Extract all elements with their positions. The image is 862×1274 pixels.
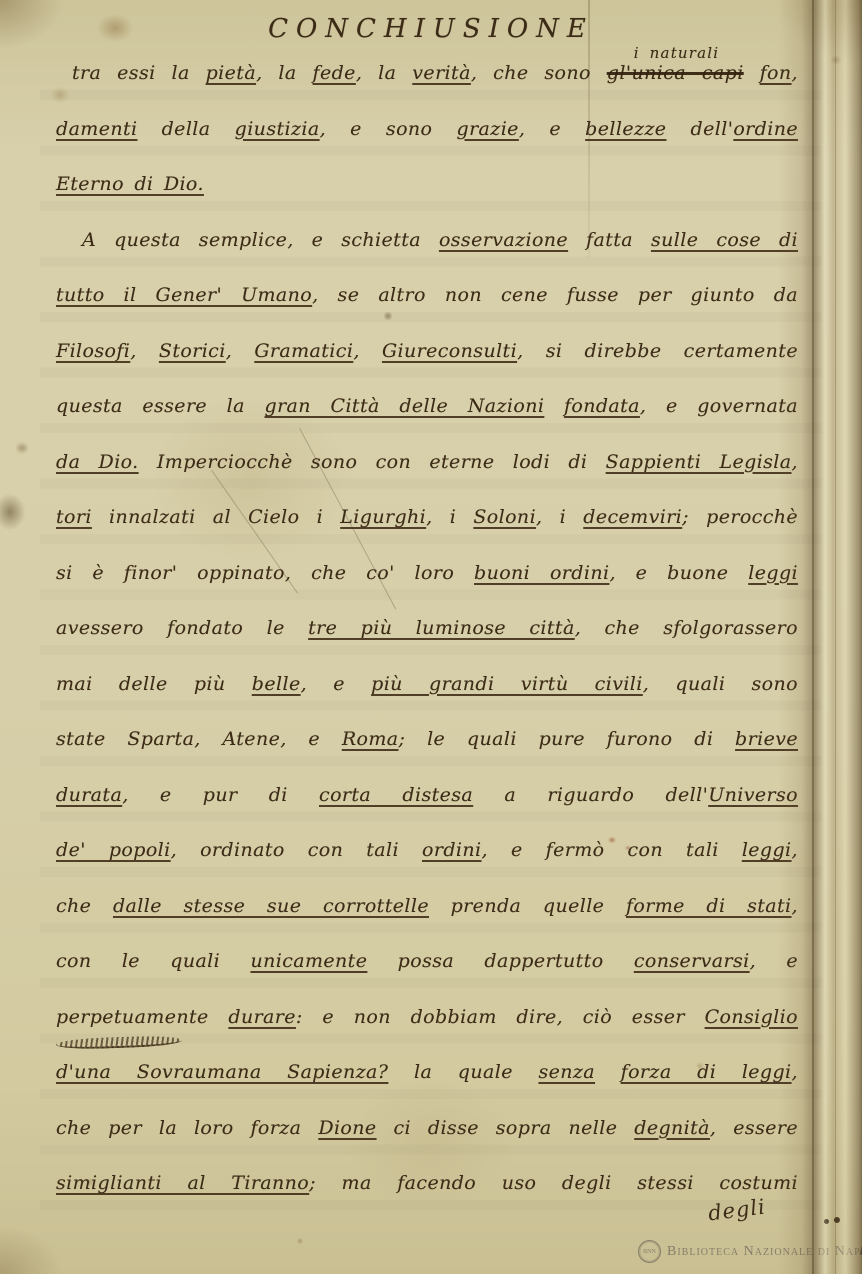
text-segment: dell' <box>666 118 733 140</box>
text-segment: questa essere la <box>56 395 265 417</box>
underlined-text: damenti <box>56 118 138 140</box>
text-segment: , e <box>301 673 372 695</box>
manuscript-line: si è finor' oppinato, che co' loro buoni… <box>56 562 798 618</box>
interlinear-insertion: i naturali <box>618 44 720 62</box>
manuscript-line: questa essere la gran Città delle Nazion… <box>56 395 798 451</box>
text-segment: , <box>792 895 798 917</box>
underlined-text: Ligurghi <box>340 506 426 528</box>
text-segment <box>744 62 760 84</box>
text-segment: , e pur di <box>122 784 319 806</box>
underlined-text: senza <box>538 1061 595 1083</box>
text-segment: avessero fondato le <box>56 617 308 639</box>
underlined-text: Roma <box>342 728 399 750</box>
underlined-text: Filosofi <box>56 340 130 362</box>
text-segment: , i <box>426 506 473 528</box>
text-segment: , e buone <box>609 562 748 584</box>
manuscript-line: damenti della giustizia, e sono grazie, … <box>56 118 798 174</box>
manuscript-line: perpetuamente durare: e non dobbiam dire… <box>56 1006 798 1062</box>
text-segment: Imperciocchè sono con eterne lodi di <box>139 451 606 473</box>
text-segment: che <box>56 895 113 917</box>
text-segment: : e non dobbiam dire, ciò esser <box>296 1006 705 1028</box>
manuscript-line: tra essi la pietà, la fede, la verità, c… <box>56 62 798 118</box>
manuscript-line: A questa semplice, e schietta osservazio… <box>56 229 798 285</box>
underlined-text: leggi <box>748 562 798 584</box>
underlined-text: verità <box>412 62 471 84</box>
underlined-text: Consiglio <box>705 1006 798 1028</box>
text-segment: della <box>138 118 235 140</box>
underlined-text: leggi <box>742 839 792 861</box>
text-segment: state Sparta, Atene, e <box>56 728 342 750</box>
manuscript-line: da Dio. Imperciocchè sono con eterne lod… <box>56 451 798 507</box>
underlined-text: fondata <box>564 395 640 417</box>
manuscript-line: de' popoli, ordinato con tali ordini, e … <box>56 839 798 895</box>
underlined-text: pietà <box>206 62 256 84</box>
underlined-text: giustizia <box>235 118 320 140</box>
underlined-text: Soloni <box>473 506 536 528</box>
page-fold-line <box>812 0 814 1274</box>
manuscript-line: simiglianti al Tiranno; ma facendo uso d… <box>56 1172 798 1228</box>
text-segment: con le quali <box>56 950 250 972</box>
text-segment: , se altro non cene fusse per giunto da <box>312 284 798 306</box>
underlined-text: buoni ordini <box>474 562 609 584</box>
underlined-text: ordini <box>422 839 481 861</box>
text-segment: , <box>226 340 255 362</box>
manuscript-line: tutto il Gener' Umano, se altro non cene… <box>56 284 798 340</box>
underlined-text: Gramatici <box>254 340 353 362</box>
underlined-text: durare <box>228 1006 296 1028</box>
library-stamp: BNN Biblioteca Nazionale di Napoli <box>638 1240 862 1263</box>
text-segment: , e sono <box>320 118 457 140</box>
ink-dot <box>824 1219 829 1224</box>
underlined-text: forza di leggi <box>621 1061 792 1083</box>
text-segment: , e <box>750 950 798 972</box>
manuscript-line: che dalle stesse sue corrottelle prenda … <box>56 895 798 951</box>
underlined-text: gran Città delle Nazioni <box>265 395 545 417</box>
underlined-text: Eterno di Dio. <box>56 173 204 195</box>
text-segment: , che sfolgorassero <box>575 617 798 639</box>
underlined-text: da Dio. <box>56 451 139 473</box>
underlined-text: unicamente <box>250 950 367 972</box>
text-segment: ; le quali pure furono di <box>399 728 736 750</box>
underlined-text: fon <box>760 62 792 84</box>
underlined-text: belle <box>252 673 301 695</box>
text-segment: , e <box>519 118 585 140</box>
text-segment: tra essi la <box>72 62 206 84</box>
text-segment: , la <box>356 62 412 84</box>
text-segment: ci disse sopra nelle <box>377 1117 635 1139</box>
text-segment: la quale <box>388 1061 538 1083</box>
manuscript-line: durata, e pur di corta distesa a riguard… <box>56 784 798 840</box>
text-segment: si è finor' oppinato, che co' loro <box>56 562 474 584</box>
manuscript-line: Filosofi, Storici, Gramatici, Giureconsu… <box>56 340 798 396</box>
underlined-text: degnità <box>634 1117 710 1139</box>
text-segment: , <box>792 1061 798 1083</box>
text-segment: , si direbbe certamente <box>517 340 798 362</box>
manuscript-line: Eterno di Dio. <box>56 173 798 229</box>
text-segment: ; perocchè <box>682 506 798 528</box>
manuscript-title: CONCHIUSIONE <box>0 14 862 44</box>
text-segment: ; ma facendo uso degli stessi costumi <box>309 1172 798 1194</box>
underlined-text: tutto il Gener' Umano <box>56 284 312 306</box>
manuscript-line: mai delle più belle, e più grandi virtù … <box>56 673 798 729</box>
manuscript-body: tra essi la pietà, la fede, la verità, c… <box>56 62 798 1228</box>
manuscript-line: tori innalzati al Cielo i Ligurghi, i So… <box>56 506 798 562</box>
text-segment: mai delle più <box>56 673 252 695</box>
text-segment <box>595 1061 621 1083</box>
text-segment: , i <box>536 506 583 528</box>
library-stamp-label: Biblioteca Nazionale di Napoli <box>667 1244 862 1260</box>
text-segment: , e governata <box>640 395 798 417</box>
text-segment: possa dappertutto <box>367 950 633 972</box>
underlined-text: d'una Sovraumana Sapienza? <box>56 1061 388 1083</box>
text-segment: a riguardo dell' <box>473 784 708 806</box>
underlined-text: fede <box>313 62 356 84</box>
text-segment: A questa semplice, e schietta <box>82 229 439 251</box>
underlined-text: Storici <box>159 340 226 362</box>
text-segment: fatta <box>568 229 651 251</box>
text-segment: , <box>130 340 159 362</box>
underlined-text: simiglianti al Tiranno <box>56 1172 309 1194</box>
underlined-text: più grandi virtù civili <box>371 673 643 695</box>
library-monogram-icon: BNN <box>638 1240 661 1263</box>
underlined-text: dalle stesse sue corrottelle <box>113 895 429 917</box>
text-segment: , e fermò con tali <box>482 839 742 861</box>
underlined-text: Universo <box>708 784 798 806</box>
manuscript-line: che per la loro forza Dione ci disse sop… <box>56 1117 798 1173</box>
text-segment: , <box>792 451 798 473</box>
underlined-text: Sappienti Legisla <box>606 451 792 473</box>
manuscript-line: avessero fondato le tre più luminose cit… <box>56 617 798 673</box>
text-segment: , ordinato con tali <box>171 839 422 861</box>
text-segment: che per la loro forza <box>56 1117 318 1139</box>
text-segment: , che sono <box>471 62 607 84</box>
text-segment <box>544 395 564 417</box>
underlined-text: tre più luminose città <box>308 617 575 639</box>
underlined-text: forme di stati <box>626 895 792 917</box>
text-segment: , la <box>256 62 312 84</box>
manuscript-page-scan: CONCHIUSIONE tra essi la pietà, la fede,… <box>0 0 862 1274</box>
text-segment: innalzati al Cielo i <box>92 506 340 528</box>
crossed-out-scribble <box>56 1034 182 1049</box>
underlined-text: Giureconsulti <box>382 340 517 362</box>
text-segment: perpetuamente <box>56 1006 228 1028</box>
manuscript-line: d'una Sovraumana Sapienza? la quale senz… <box>56 1061 798 1117</box>
manuscript-line: state Sparta, Atene, e Roma; le quali pu… <box>56 728 798 784</box>
underlined-text: brieve <box>735 728 798 750</box>
underlined-text: corta distesa <box>319 784 473 806</box>
page-fold-line <box>835 0 836 1274</box>
underlined-text: durata <box>56 784 122 806</box>
text-segment: , <box>792 62 798 84</box>
underlined-text: decemviri <box>583 506 682 528</box>
underlined-text: conservarsi <box>634 950 750 972</box>
underlined-text: sulle cose di <box>651 229 798 251</box>
text-segment: prenda quelle <box>429 895 626 917</box>
underlined-text: ordine <box>733 118 798 140</box>
text-segment: , <box>792 839 798 861</box>
underlined-text: tori <box>56 506 92 528</box>
underlined-text: de' popoli <box>56 839 171 861</box>
underlined-text: osservazione <box>439 229 568 251</box>
underlined-text: Dione <box>318 1117 376 1139</box>
text-segment: , quali sono <box>643 673 798 695</box>
struck-text: gl'unica capii naturali <box>607 62 744 84</box>
underlined-text: bellezze <box>585 118 666 140</box>
text-segment: , <box>353 340 382 362</box>
underlined-text: grazie <box>457 118 519 140</box>
text-segment: , essere <box>710 1117 798 1139</box>
manuscript-line: con le quali unicamente possa dappertutt… <box>56 950 798 1006</box>
